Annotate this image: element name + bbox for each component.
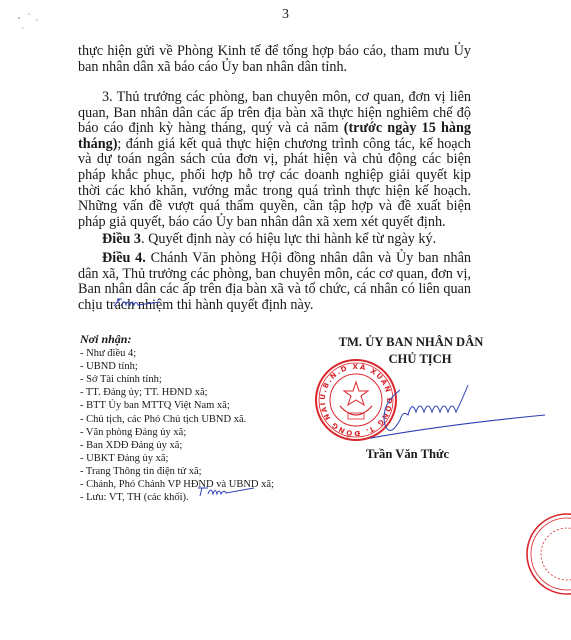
article-label: Điều 3 (102, 231, 141, 247)
paragraph-continuation: thực hiện gửi về Phòng Kinh tế để tổng h… (78, 44, 471, 75)
recipients-list: Nơi nhận: - Như điều 4; - UBND tỉnh; - S… (80, 333, 274, 504)
signer-organization: TM. ỦY BAN NHÂN DÂN (302, 334, 520, 351)
initials-signature (112, 296, 162, 310)
signer-name: Trần Văn Thức (366, 447, 449, 462)
recipient-item: - BTT Ủy ban MTTQ Việt Nam xã; (80, 399, 274, 412)
recipient-item: - Văn phòng Đảng ủy xã; (80, 426, 274, 439)
recipients-title: Nơi nhận: (80, 333, 274, 346)
recipient-item: - TT. Đảng ủy; TT. HĐND xã; (80, 386, 274, 399)
page-number: 3 (0, 7, 571, 23)
recipient-item: - Ban XDĐ Đảng ủy xã; (80, 439, 274, 452)
recipient-item: - Trang Thông tin điện tử xã; (80, 465, 274, 478)
paragraph-text: thực hiện gửi về Phòng Kinh tế để tổng h… (78, 44, 471, 75)
initials-signature (196, 484, 256, 498)
partial-seal (525, 512, 571, 596)
recipient-item: - UBND tỉnh; (80, 360, 274, 373)
signer-position: CHỦ TỊCH (320, 351, 520, 368)
text: ; đánh giá kết quả thực hiện chương trìn… (78, 136, 471, 230)
article-3: Điều 3. Quyết định này có hiệu lực thi h… (78, 232, 471, 248)
paragraph-item-3: 3. Thủ trưởng các phòng, ban chuyên môn,… (78, 90, 471, 230)
recipient-item: - Như điều 4; (80, 347, 274, 360)
signature-block: TM. ỦY BAN NHÂN DÂN CHỦ TỊCH (320, 334, 520, 368)
recipient-item: - UBKT Đảng ủy xã; (80, 452, 274, 465)
recipient-item: - Sở Tài chính tỉnh; (80, 373, 274, 386)
recipient-item: - Chủ tịch, các Phó Chủ tịch UBND xã. (80, 413, 274, 426)
article-text: . Quyết định này có hiệu lực thi hành kể… (141, 231, 436, 247)
handwritten-signature (370, 370, 550, 445)
article-label: Điều 4. (102, 250, 146, 266)
